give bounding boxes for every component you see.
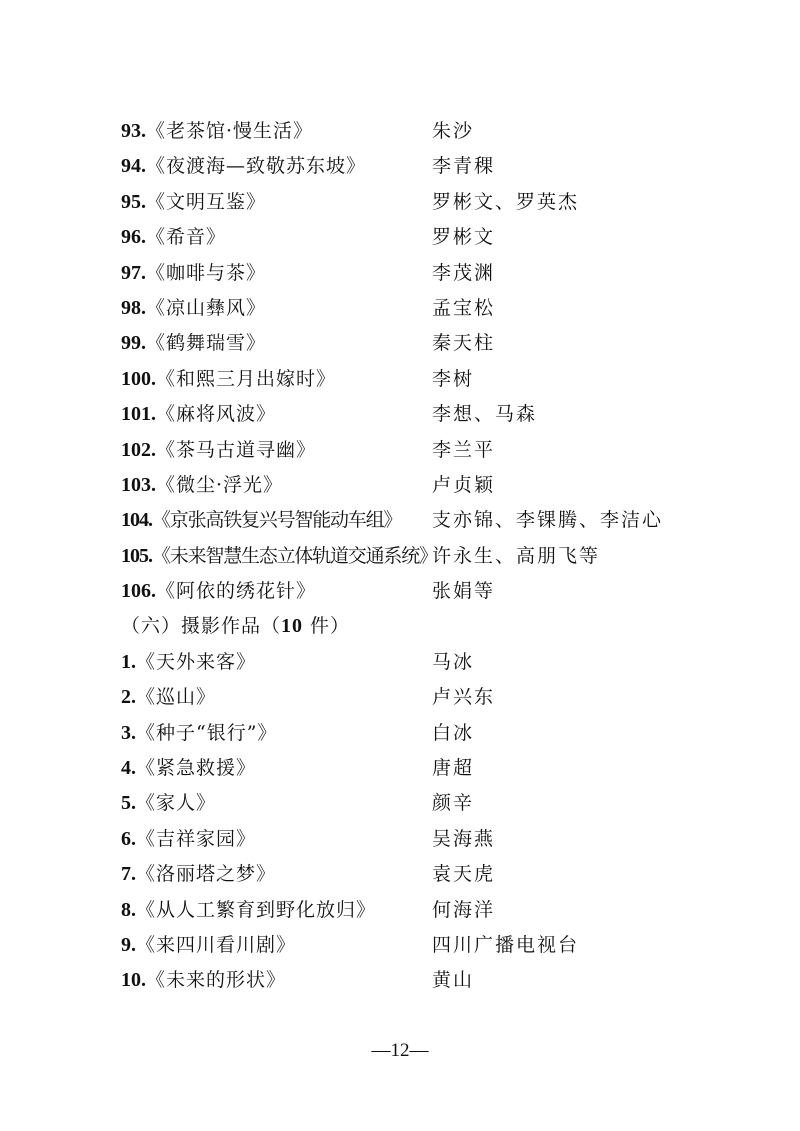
work-author: 马冰 <box>432 645 474 680</box>
work-title: 《希音》 <box>146 226 226 248</box>
list-item: 105.《未来智慧生态立体轨道交通系统》 许永生、高朋飞等 <box>121 539 681 574</box>
item-number: 9. <box>121 934 136 956</box>
list-item: 102.《茶马古道寻幽》 李兰平 <box>121 433 681 468</box>
list-item: 95.《文明互鉴》 罗彬文、罗英杰 <box>121 185 681 220</box>
work-title: 《夜渡海—致敬苏东坡》 <box>146 155 366 177</box>
item-number: 7. <box>121 863 136 885</box>
item-number: 4. <box>121 757 136 779</box>
work-author: 罗彬文、罗英杰 <box>432 185 579 220</box>
work-author: 李茂渊 <box>432 256 495 291</box>
work-title: 《京张高铁复兴号智能动车组》 <box>152 509 401 531</box>
section-heading-suffix: 件） <box>303 615 350 637</box>
item-number: 94. <box>121 155 146 177</box>
item-number: 95. <box>121 191 146 213</box>
work-author: 秦天柱 <box>432 326 495 361</box>
work-title: 《天外来客》 <box>136 651 256 673</box>
item-number: 101. <box>121 403 156 425</box>
work-title: 《老茶馆·慢生活》 <box>146 120 313 142</box>
work-author: 李想、马森 <box>432 397 537 432</box>
work-author: 白冰 <box>432 716 474 751</box>
work-title: 《和熙三月出嫁时》 <box>156 368 336 390</box>
work-author: 孟宝松 <box>432 291 495 326</box>
work-author: 支亦锦、李锞腾、李洁心 <box>432 503 663 538</box>
work-author: 何海洋 <box>432 893 495 928</box>
work-author: 张娟等 <box>432 574 495 609</box>
item-number: 98. <box>121 297 146 319</box>
list-item: 3.《种子“银行”》 白冰 <box>121 716 681 751</box>
work-author: 袁天虎 <box>432 857 495 892</box>
work-author: 卢贞颖 <box>432 468 495 503</box>
list-item: 99.《鹤舞瑞雪》 秦天柱 <box>121 326 681 361</box>
section-heading-photography: （六）摄影作品（10 件） <box>121 609 681 644</box>
item-number: 93. <box>121 120 146 142</box>
list-item: 103.《微尘·浮光》 卢贞颖 <box>121 468 681 503</box>
item-number: 97. <box>121 262 146 284</box>
work-author: 黄山 <box>432 963 474 998</box>
work-title: 《从人工繁育到野化放归》 <box>136 899 376 921</box>
list-item: 101.《麻将风波》 李想、马森 <box>121 397 681 432</box>
list-item: 4.《紧急救援》 唐超 <box>121 751 681 786</box>
work-title: 《凉山彝风》 <box>146 297 266 319</box>
work-author: 吴海燕 <box>432 822 495 857</box>
work-author: 李青稞 <box>432 149 495 184</box>
work-author: 许永生、高朋飞等 <box>432 539 600 574</box>
list-item: 104.《京张高铁复兴号智能动车组》 支亦锦、李锞腾、李洁心 <box>121 503 681 538</box>
list-item: 1.《天外来客》 马冰 <box>121 645 681 680</box>
item-number: 96. <box>121 226 146 248</box>
item-number: 5. <box>121 792 136 814</box>
work-author: 朱沙 <box>432 114 474 149</box>
item-number: 105. <box>121 545 152 567</box>
work-title: 《未来智慧生态立体轨道交通系统》 <box>152 545 437 567</box>
work-title: 《来四川看川剧》 <box>136 934 296 956</box>
work-title: 《巡山》 <box>136 686 216 708</box>
item-number: 3. <box>121 722 136 744</box>
list-item: 8.《从人工繁育到野化放归》 何海洋 <box>121 893 681 928</box>
list-item: 97.《咖啡与茶》 李茂渊 <box>121 256 681 291</box>
list-item: 94.《夜渡海—致敬苏东坡》 李青稞 <box>121 149 681 184</box>
work-author: 唐超 <box>432 751 474 786</box>
list-item: 6.《吉祥家园》 吴海燕 <box>121 822 681 857</box>
award-list: 93.《老茶馆·慢生活》 朱沙 94.《夜渡海—致敬苏东坡》 李青稞 95.《文… <box>121 114 681 999</box>
work-title: 《咖啡与茶》 <box>146 262 266 284</box>
item-number: 6. <box>121 828 136 850</box>
list-item: 2.《巡山》 卢兴东 <box>121 680 681 715</box>
list-item: 5.《家人》 颜辛 <box>121 786 681 821</box>
item-number: 102. <box>121 439 156 461</box>
work-author: 李兰平 <box>432 433 495 468</box>
work-title: 《种子“银行”》 <box>136 722 277 744</box>
section-count: 10 <box>281 615 303 637</box>
list-item: 93.《老茶馆·慢生活》 朱沙 <box>121 114 681 149</box>
work-title: 《家人》 <box>136 792 216 814</box>
work-title: 《微尘·浮光》 <box>156 474 283 496</box>
item-number: 103. <box>121 474 156 496</box>
work-title: 《吉祥家园》 <box>136 828 256 850</box>
section-heading-prefix: （六）摄影作品（ <box>121 615 281 637</box>
work-title: 《未来的形状》 <box>146 969 286 991</box>
item-number: 106. <box>121 580 156 602</box>
work-title: 《茶马古道寻幽》 <box>156 439 316 461</box>
work-author: 四川广播电视台 <box>432 928 579 963</box>
list-item: 96.《希音》 罗彬文 <box>121 220 681 255</box>
item-number: 104. <box>121 509 152 531</box>
item-number: 99. <box>121 332 146 354</box>
list-item: 100.《和熙三月出嫁时》 李树 <box>121 362 681 397</box>
item-number: 10. <box>121 969 146 991</box>
document-page: 93.《老茶馆·慢生活》 朱沙 94.《夜渡海—致敬苏东坡》 李青稞 95.《文… <box>0 0 800 1131</box>
item-number: 100. <box>121 368 156 390</box>
work-title: 《鹤舞瑞雪》 <box>146 332 266 354</box>
work-title: 《洛丽塔之梦》 <box>136 863 276 885</box>
list-item: 7.《洛丽塔之梦》 袁天虎 <box>121 857 681 892</box>
work-title: 《紧急救援》 <box>136 757 256 779</box>
work-title: 《阿依的绣花针》 <box>156 580 316 602</box>
work-author: 卢兴东 <box>432 680 495 715</box>
work-author: 颜辛 <box>432 786 474 821</box>
list-item: 106.《阿依的绣花针》 张娟等 <box>121 574 681 609</box>
work-title: 《文明互鉴》 <box>146 191 266 213</box>
work-author: 李树 <box>432 362 474 397</box>
item-number: 8. <box>121 899 136 921</box>
list-item: 10.《未来的形状》 黄山 <box>121 963 681 998</box>
work-author: 罗彬文 <box>432 220 495 255</box>
page-number: —12— <box>0 1040 800 1062</box>
item-number: 1. <box>121 651 136 673</box>
list-item: 9.《来四川看川剧》 四川广播电视台 <box>121 928 681 963</box>
work-title: 《麻将风波》 <box>156 403 276 425</box>
list-item: 98.《凉山彝风》 孟宝松 <box>121 291 681 326</box>
item-number: 2. <box>121 686 136 708</box>
